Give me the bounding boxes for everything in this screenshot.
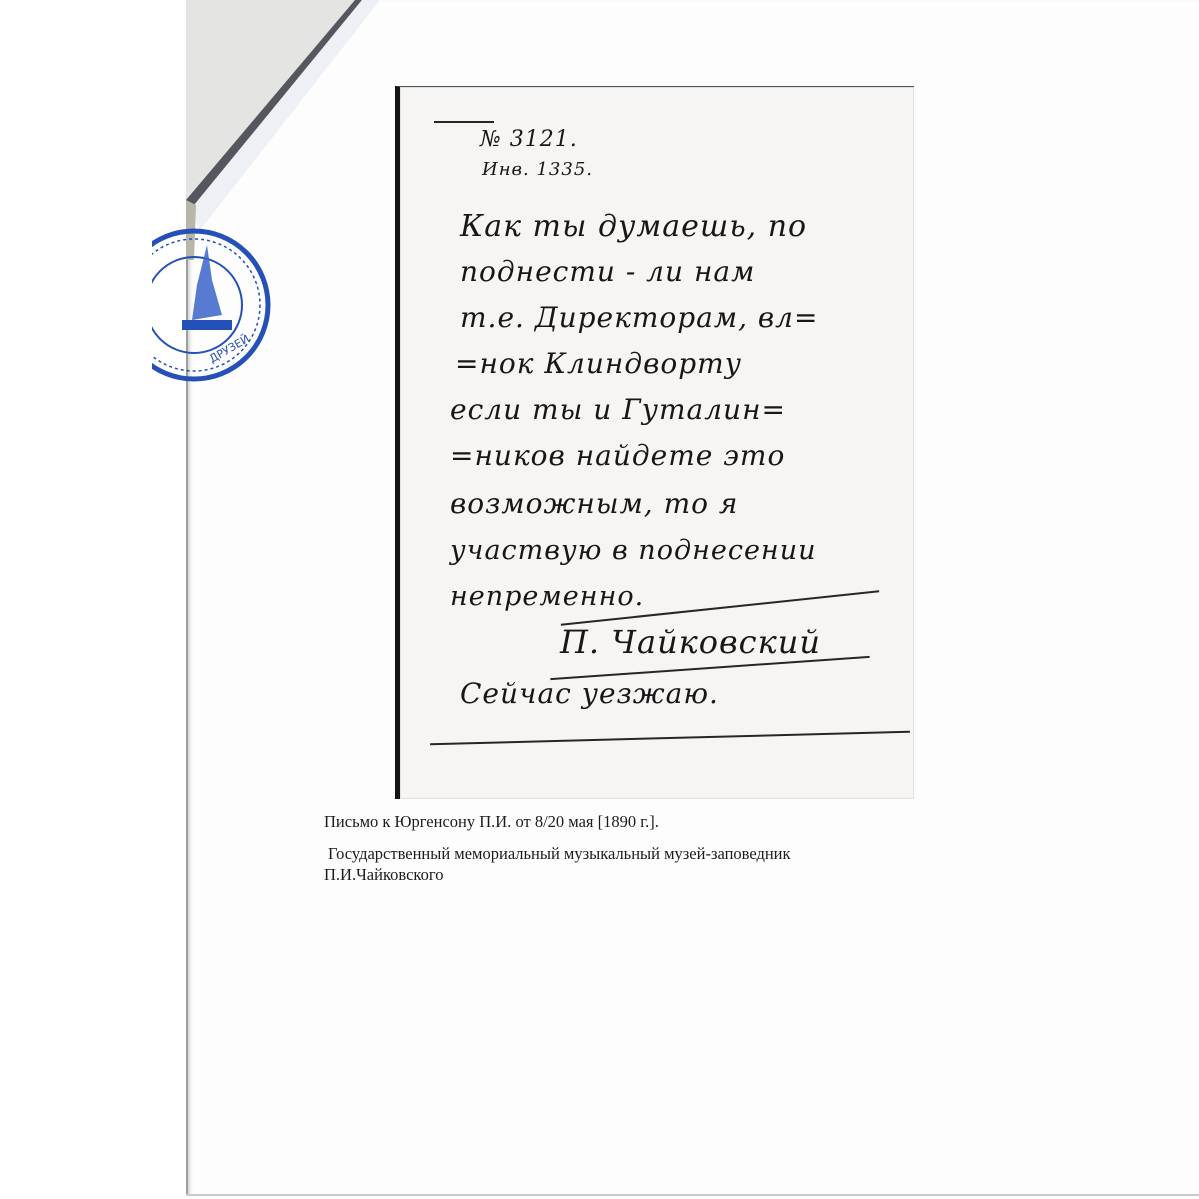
museum-credit-line2: П.И.Чайковского: [324, 865, 443, 884]
museum-stamp: ДРУЗЕЙ: [152, 225, 272, 385]
museum-credit: Государственный мемориальный музыкальный…: [324, 843, 924, 885]
letter-caption: Письмо к Юргенсону П.И. от 8/20 мая [189…: [324, 812, 659, 832]
letter-scan-image: № 3121. Инв. 1335. Как ты думаешь, по по…: [395, 86, 914, 799]
inventory-number: Инв. 1335.: [482, 159, 593, 180]
archive-number: № 3121.: [480, 127, 578, 152]
museum-credit-line1: Государственный мемориальный музыкальный…: [324, 843, 924, 864]
page-edge: [186, 1194, 1199, 1196]
signature: П. Чайковский: [560, 623, 821, 661]
postscript: Сейчас уезжаю.: [460, 677, 719, 710]
